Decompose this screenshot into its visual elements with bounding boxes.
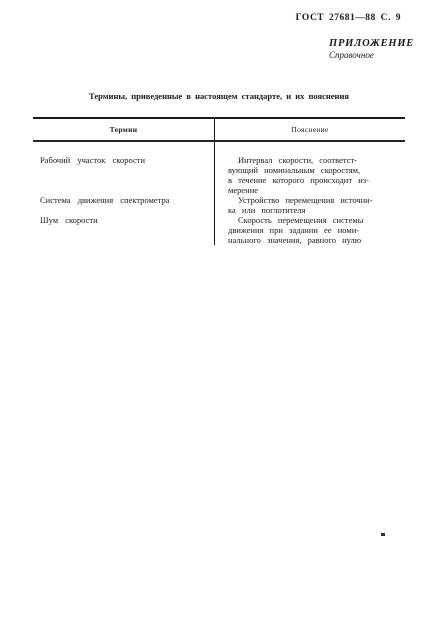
- definition-cell: Устройство перемещения источни- ка или п…: [215, 195, 405, 215]
- term-cell: Рабочий участок скорости: [33, 142, 215, 195]
- table-row: Шум скорости Скорость перемещения систем…: [33, 215, 405, 245]
- page-header-doc-ref: ГОСТ 27681—88 С. 9: [296, 13, 401, 23]
- appendix-block: ПРИЛОЖЕНИЕ Справочное: [329, 38, 414, 60]
- table-row: Рабочий участок скорости Интервал скорос…: [33, 142, 405, 195]
- column-header-term: Термин: [33, 119, 215, 140]
- definition-cell: Интервал скорости, соответст- вующий ном…: [215, 142, 405, 195]
- ink-mark-artifact: [381, 533, 385, 536]
- terms-table: Термин Пояснение Рабочий участок скорост…: [33, 117, 405, 245]
- document-page: ГОСТ 27681—88 С. 9 ПРИЛОЖЕНИЕ Справочное…: [0, 0, 425, 634]
- document-title: Термины, приведенные в настоящем стандар…: [33, 91, 405, 101]
- term-cell: Система движения спектрометра: [33, 195, 215, 215]
- terms-table-header-row: Термин Пояснение: [33, 117, 405, 142]
- definition-cell: Скорость перемещения системы движения пр…: [215, 215, 405, 245]
- appendix-label: ПРИЛОЖЕНИЕ: [329, 38, 414, 49]
- column-header-explanation: Пояснение: [215, 119, 405, 140]
- table-row: Система движения спектрометра Устройство…: [33, 195, 405, 215]
- terms-table-body: Рабочий участок скорости Интервал скорос…: [33, 142, 405, 245]
- term-cell: Шум скорости: [33, 215, 215, 245]
- appendix-sublabel: Справочное: [329, 50, 414, 60]
